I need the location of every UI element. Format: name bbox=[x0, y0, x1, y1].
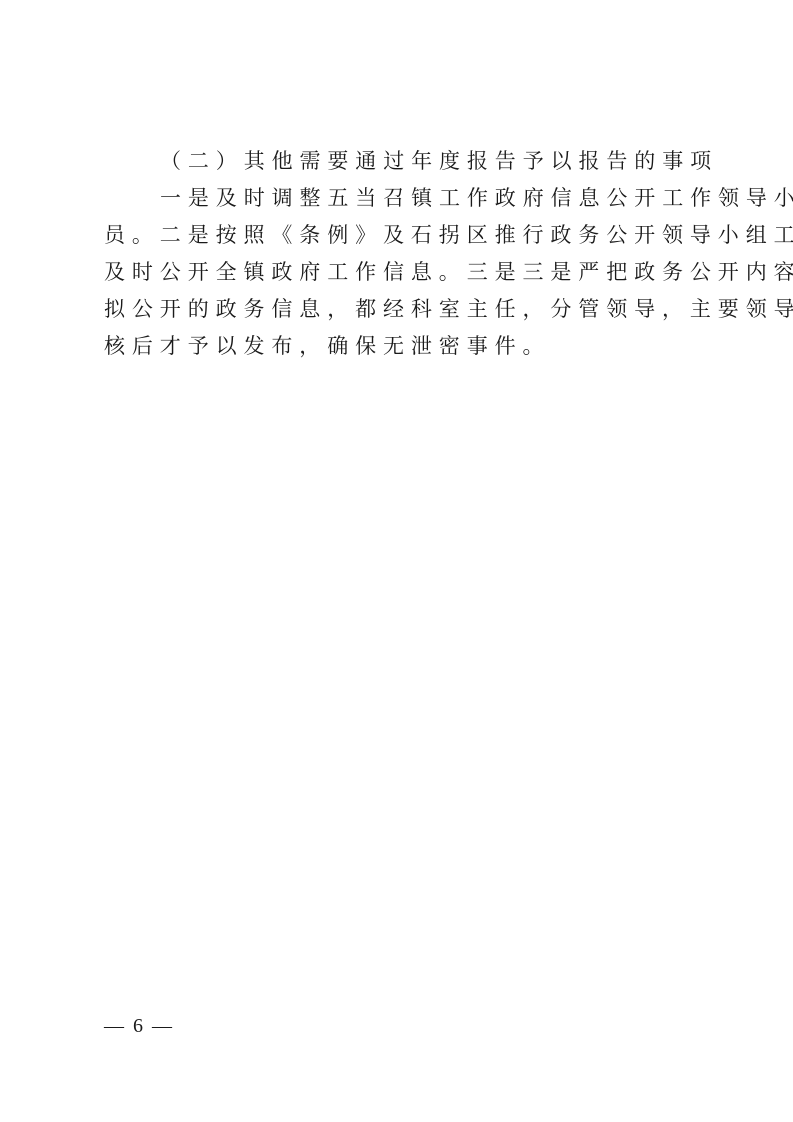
paragraph-line: 拟公开的政务信息，都经科室主任，分管领导，主要领导三级审 bbox=[104, 291, 694, 328]
page-number: — 6 — bbox=[104, 1012, 174, 1040]
paragraph-line: 员。二是按照《条例》及石拐区推行政务公开领导小组工作要求 bbox=[104, 217, 694, 254]
paragraph-line: 一是及时调整五当召镇工作政府信息公开工作领导小组成 bbox=[104, 180, 694, 217]
paragraph-line: 及时公开全镇政府工作信息。三是三是严把政务公开内容，所有 bbox=[104, 254, 694, 291]
section-heading: （二）其他需要通过年度报告予以报告的事项 bbox=[104, 143, 694, 180]
document-page: （二）其他需要通过年度报告予以报告的事项 一是及时调整五当召镇工作政府信息公开工… bbox=[0, 0, 793, 1122]
paragraph-line: 核后才予以发布，确保无泄密事件。 bbox=[104, 328, 694, 365]
body-text: （二）其他需要通过年度报告予以报告的事项 一是及时调整五当召镇工作政府信息公开工… bbox=[104, 143, 694, 365]
